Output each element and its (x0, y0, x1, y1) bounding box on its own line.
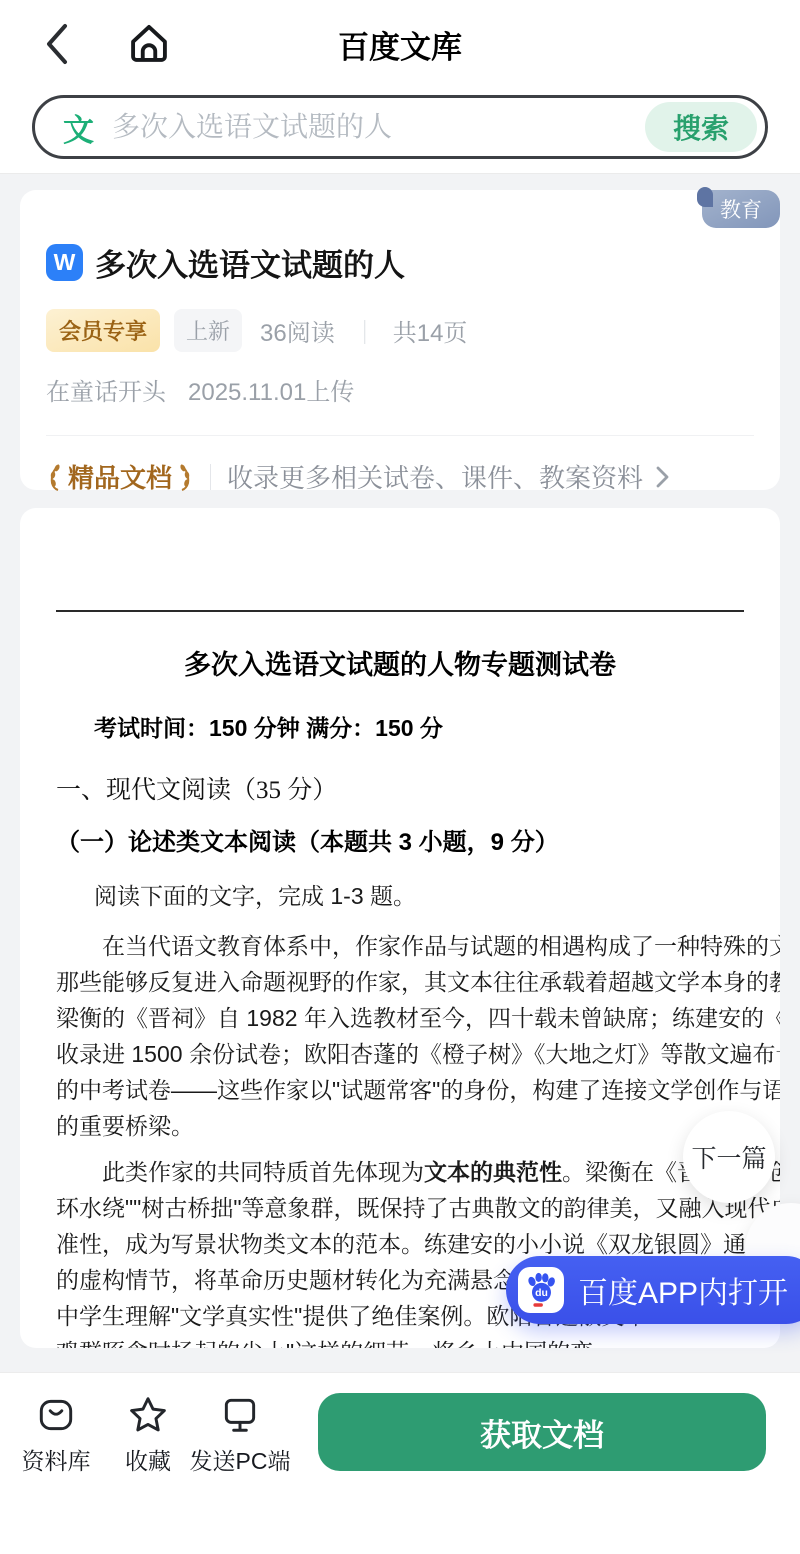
word-file-icon: W (46, 244, 83, 281)
open-in-app-button[interactable]: du 百度APP内打开 (506, 1256, 800, 1324)
baidu-logo: du (518, 1267, 564, 1313)
open-in-app-label: 百度APP内打开 (578, 1268, 788, 1312)
doc-title-row: W 多次入选语文试题的人 (20, 190, 780, 285)
meta-separator: ｜ (353, 313, 377, 348)
paragraph-line: 那些能够反复进入命题视野的作家，其文本往往承载着超越文学本身的教育价值。 (56, 964, 744, 1000)
premium-label: 精品文档 (46, 458, 194, 495)
baidu-paw-icon: du (522, 1271, 560, 1309)
nav-bar: 百度文库 (0, 0, 800, 88)
document-info-card: 教育 W 多次入选语文试题的人 会员专享 上新 36阅读 ｜ 共14页 在童话开… (20, 190, 780, 490)
star-icon (127, 1393, 169, 1437)
document-preview-card[interactable]: 多次入选语文试题的人物专题测试卷 考试时间：150 分钟 满分：150 分 一、… (20, 508, 780, 1348)
new-badge: 上新 (174, 309, 242, 352)
vip-badge: 会员专享 (46, 309, 160, 352)
library-label: 资料库 (22, 1443, 91, 1476)
search-bar[interactable]: 文 搜索 (32, 95, 768, 159)
premium-docs-link[interactable]: 精品文档 收录更多相关试卷、课件、教案资料 (20, 436, 780, 495)
search-button[interactable]: 搜索 (645, 102, 757, 152)
send-to-pc-label: 发送PC端 (190, 1443, 291, 1476)
premium-description: 收录更多相关试卷、课件、教案资料 (227, 458, 643, 495)
paragraph-line: 梁衡的《晋祠》自 1982 年入选教材至今，四十载未曾缺席；练建安的《药砚》被 (56, 1000, 744, 1036)
uploader-name: 在童话开头 (46, 372, 166, 407)
page-title: 百度文库 (0, 0, 800, 88)
paragraph-text: 此类作家的共同特质首先体现为 (102, 1159, 424, 1185)
library-icon (35, 1393, 77, 1437)
section-heading-2: （一）论述类文本阅读（本题共 3 小题，9 分） (56, 826, 744, 860)
exam-info-line: 考试时间：150 分钟 满分：150 分 (94, 712, 744, 744)
paragraph-line: 在当代语文教育体系中，作家作品与试题的相遇构成了一种特殊的文化现象。 (56, 928, 744, 964)
get-document-button[interactable]: 获取文档 (318, 1393, 766, 1471)
upload-date: 2025.11.01上传 (188, 372, 354, 407)
premium-separator (210, 464, 211, 490)
paragraph-line: 的重要桥梁。 (56, 1108, 744, 1144)
uploader-row: 在童话开头 2025.11.01上传 (20, 352, 780, 407)
laurel-left-icon (46, 462, 62, 492)
send-to-pc-button[interactable]: 发送PC端 (188, 1393, 292, 1476)
paragraph-line: 鸡群啄食时扬起的尘土"这样的细节，将乡土中国的变 (56, 1334, 744, 1348)
paragraph-line: 收录进 1500 余份试卷；欧阳杏蓬的《橙子树》《大地之灯》等散文遍布十余省市 (56, 1036, 744, 1072)
doc-badge-row: 会员专享 上新 36阅读 ｜ 共14页 (20, 285, 780, 352)
favorite-button[interactable]: 收藏 (116, 1393, 180, 1476)
bottom-action-bar: 资料库 收藏 发送PC端 获取文档 (0, 1372, 800, 1554)
monitor-icon (219, 1393, 261, 1437)
app-header: 百度文库 文 搜索 (0, 0, 800, 174)
chevron-right-icon (653, 463, 671, 491)
paragraph-1: 在当代语文教育体系中，作家作品与试题的相遇构成了一种特殊的文化现象。 那些能够反… (56, 928, 744, 1144)
next-article-button[interactable]: 下一篇 (683, 1111, 775, 1203)
paragraph-bold-text: 文本的典范性 (424, 1159, 562, 1185)
category-badge: 教育 (702, 190, 780, 228)
favorite-label: 收藏 (125, 1443, 171, 1476)
read-count: 36阅读 (260, 313, 335, 348)
preview-doc-title: 多次入选语文试题的人物专题测试卷 (56, 646, 744, 684)
paragraph-line: 的中考试卷——这些作家以"试题常客"的身份，构建了连接文学创作与语文教学 (56, 1072, 744, 1108)
paragraph-line: 此类作家的共同特质首先体现为文本的典范性。梁衡在《晋祠》中创造"山 (56, 1154, 744, 1190)
document-rule-line (56, 610, 744, 612)
paragraph-line: 环水绕""树古桥拙"等意象群，既保持了古典散文的韵律美，又融入现代白话的精 (56, 1190, 744, 1226)
page-count: 共14页 (393, 313, 468, 348)
search-input[interactable] (110, 110, 645, 144)
wenku-logo-icon: 文 (63, 105, 94, 150)
library-button[interactable]: 资料库 (16, 1393, 96, 1476)
premium-text: 精品文档 (68, 458, 172, 495)
svg-text:du: du (535, 1288, 548, 1299)
document-page: 多次入选语文试题的人物专题测试卷 考试时间：150 分钟 满分：150 分 一、… (20, 610, 780, 1348)
reading-instruction: 阅读下面的文字，完成 1-3 题。 (94, 880, 744, 912)
section-heading-1: 一、现代文阅读（35 分） (56, 774, 744, 808)
doc-title: 多次入选语文试题的人 (95, 240, 405, 285)
laurel-right-icon (178, 462, 194, 492)
